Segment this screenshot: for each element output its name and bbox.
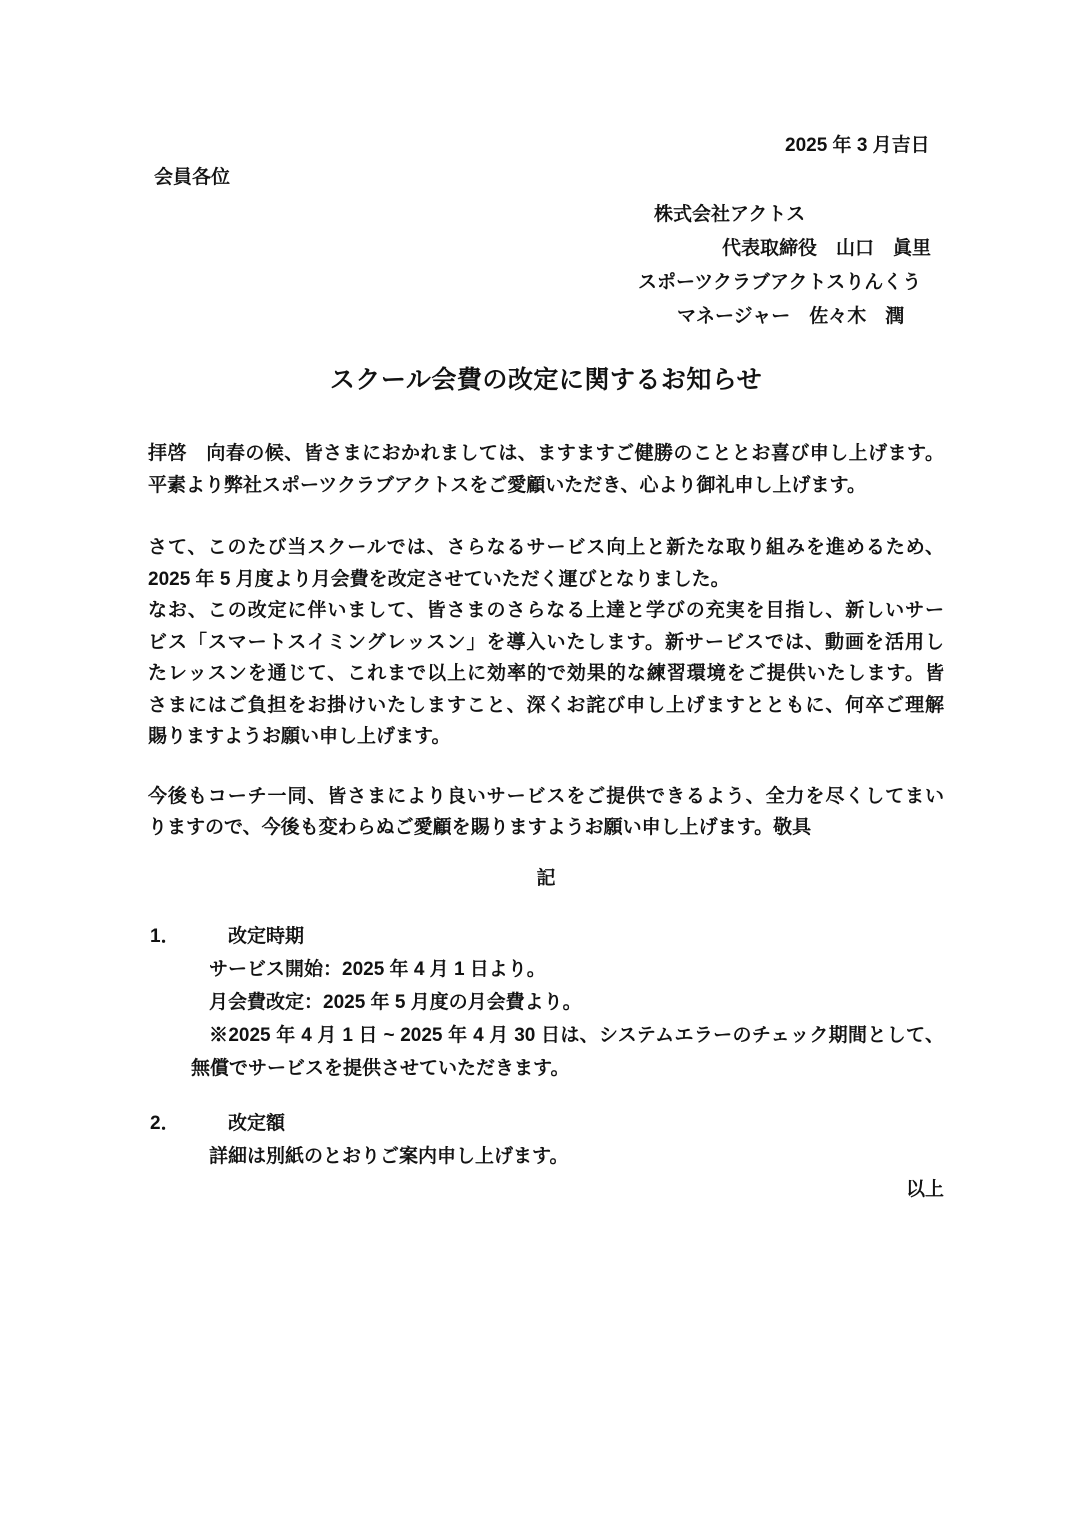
ki-marker: 記 (148, 863, 944, 895)
item-number: 1． (150, 920, 228, 953)
paragraph-greeting: 拝啓 向春の候、皆さまにおかれましては、ますますご健勝のこととお喜び申し上げます… (148, 438, 944, 501)
item-heading-row: 1．改定時期 (150, 920, 944, 953)
paragraph-line: なお、この改定に伴いまして、皆さまのさらなる上達と学びの充実を目指し、新しいサー (148, 595, 944, 627)
paragraph-line: 平素より弊社スポーツクラブアクトスをご愛顧いただき、心より御礼申し上げます。 (148, 470, 944, 502)
sender-club: スポーツクラブアクトスりんくう (638, 266, 944, 300)
paragraph-line: さまにはご負担をお掛けいたしますこと、深くお詫び申し上げますとともに、何卒ご理解 (148, 690, 944, 722)
closing-marker: 以上 (148, 1173, 944, 1206)
item-line: 月会費改定：2025 年 5 月度の月会費より。 (209, 986, 944, 1019)
paragraph-line: ビス「スマートスイミングレッスン」を導入いたします。新サービスでは、動画を活用し (148, 627, 944, 659)
sender-block: 株式会社アクトス 代表取締役 山口 眞里 スポーツクラブアクトスりんくう マネー… (148, 198, 944, 334)
item-heading-row: 2．改定額 (150, 1107, 944, 1140)
item-heading: 改定時期 (228, 926, 304, 947)
item-heading: 改定額 (228, 1113, 285, 1134)
paragraph-line: りますので、今後も変わらぬご愛顧を賜りますようお願い申し上げます。敬具 (148, 812, 944, 844)
paragraph-closing: 今後もコーチ一同、皆さまにより良いサービスをご提供できるよう、全力を尽くしてまい… (148, 781, 944, 844)
paragraph-main: さて、このたび当スクールでは、さらなるサービス向上と新たな取り組みを進めるため、… (148, 532, 944, 753)
sender-manager: マネージャー 佐々木 潤 (677, 300, 944, 334)
recipient: 会員各位 (154, 162, 944, 194)
sender-company: 株式会社アクトス (654, 198, 944, 232)
list-item-revision-timing: 1．改定時期 サービス開始：2025 年 4 月 1 日より。 月会費改定：20… (148, 920, 944, 1085)
item-line: 無償でサービスを提供させていただきます。 (191, 1052, 944, 1085)
list-item-revision-amount: 2．改定額 詳細は別紙のとおりご案内申し上げます。 (148, 1107, 944, 1173)
paragraph-line: 今後もコーチ一同、皆さまにより良いサービスをご提供できるよう、全力を尽くしてまい (148, 781, 944, 813)
sender-representative: 代表取締役 山口 眞里 (722, 232, 944, 266)
paragraph-line: 2025 年 5 月度より月会費を改定させていただく運びとなりました。 (148, 564, 944, 596)
document-date: 2025 年 3 月吉日 (785, 130, 944, 162)
item-number: 2． (150, 1107, 228, 1140)
paragraph-line: さて、このたび当スクールでは、さらなるサービス向上と新たな取り組みを進めるため、 (148, 532, 944, 564)
item-line: サービス開始：2025 年 4 月 1 日より。 (209, 953, 944, 986)
item-line: ※2025 年 4 月 1 日 ~ 2025 年 4 月 30 日は、システムエ… (209, 1019, 944, 1052)
paragraph-line: 賜りますようお願い申し上げます。 (148, 721, 944, 753)
paragraph-line: たレッスンを通じて、これまで以上に効率的で効果的な練習環境をご提供いたします。皆 (148, 658, 944, 690)
page-title: スクール会費の改定に関するお知らせ (148, 360, 944, 400)
item-line: 詳細は別紙のとおりご案内申し上げます。 (209, 1140, 944, 1173)
paragraph-line: 拝啓 向春の候、皆さまにおかれましては、ますますご健勝のこととお喜び申し上げます… (148, 438, 944, 470)
document-page: 2025 年 3 月吉日 会員各位 株式会社アクトス 代表取締役 山口 眞里 ス… (0, 0, 1086, 1536)
